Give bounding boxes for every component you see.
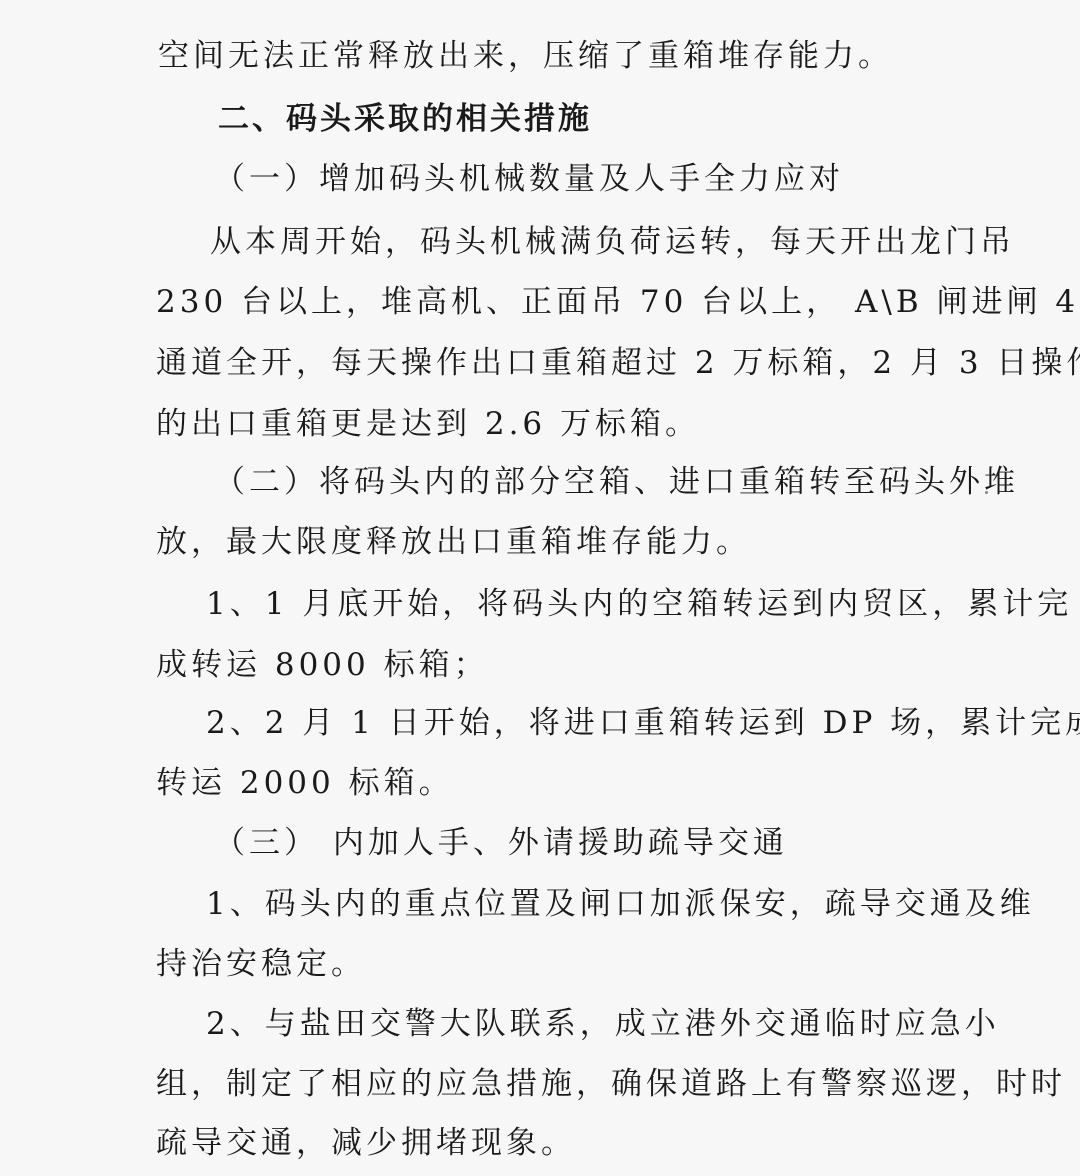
paragraph-1-line-3: 通道全开，每天操作出口重箱超过 2 万标箱，2 月 3 日操作 bbox=[156, 343, 1080, 383]
subheading-3: （三） 内加人手、外请援助疏导交通 bbox=[214, 823, 788, 863]
paragraph-1-line-4: 的出口重箱更是达到 2.6 万标箱。 bbox=[156, 404, 700, 444]
item-2-2-line-1: 2、2 月 1 日开始，将进口重箱转运到 DP 场，累计完成 bbox=[206, 703, 1080, 743]
item-2-1-line-2: 成转运 8000 标箱； bbox=[156, 645, 489, 685]
item-2-1-line-1: 1、1 月底开始，将码头内的空箱转运到内贸区，累计完 bbox=[206, 584, 1072, 624]
subheading-1: （一）增加码头机械数量及人手全力应对 bbox=[214, 159, 844, 199]
scan-speck bbox=[985, 491, 988, 494]
item-3-1-line-2: 持治安稳定。 bbox=[156, 944, 366, 984]
subheading-2-line-1: （二）将码头内的部分空箱、进口重箱转至码头外堆 bbox=[214, 462, 1019, 502]
item-3-2-line-1: 2、与盐田交警大队联系，成立港外交通临时应急小 bbox=[206, 1004, 1000, 1044]
item-3-2-line-2: 组，制定了相应的应急措施，确保道路上有警察巡逻，时时 bbox=[156, 1064, 1066, 1104]
subheading-2-line-2: 放，最大限度释放出口重箱堆存能力。 bbox=[156, 522, 751, 562]
section-heading-measures: 二、码头采取的相关措施 bbox=[218, 99, 592, 139]
item-3-1-line-1: 1、码头内的重点位置及闸口加派保安，疏导交通及维 bbox=[206, 884, 1035, 924]
item-2-2-line-2: 转运 2000 标箱。 bbox=[156, 763, 454, 803]
body-line-1: 空间无法正常释放出来，压缩了重箱堆存能力。 bbox=[158, 36, 893, 76]
item-3-2-line-3: 疏导交通，减少拥堵现象。 bbox=[156, 1123, 576, 1163]
scanned-document-page: 空间无法正常释放出来，压缩了重箱堆存能力。 二、码头采取的相关措施 （一）增加码… bbox=[0, 0, 1080, 1176]
paragraph-1-line-1: 从本周开始，码头机械满负荷运转，每天开出龙门吊 bbox=[210, 222, 1015, 262]
paragraph-1-line-2: 230 台以上，堆高机、正面吊 70 台以上， A\B 闸进闸 43 条 bbox=[156, 282, 1080, 322]
